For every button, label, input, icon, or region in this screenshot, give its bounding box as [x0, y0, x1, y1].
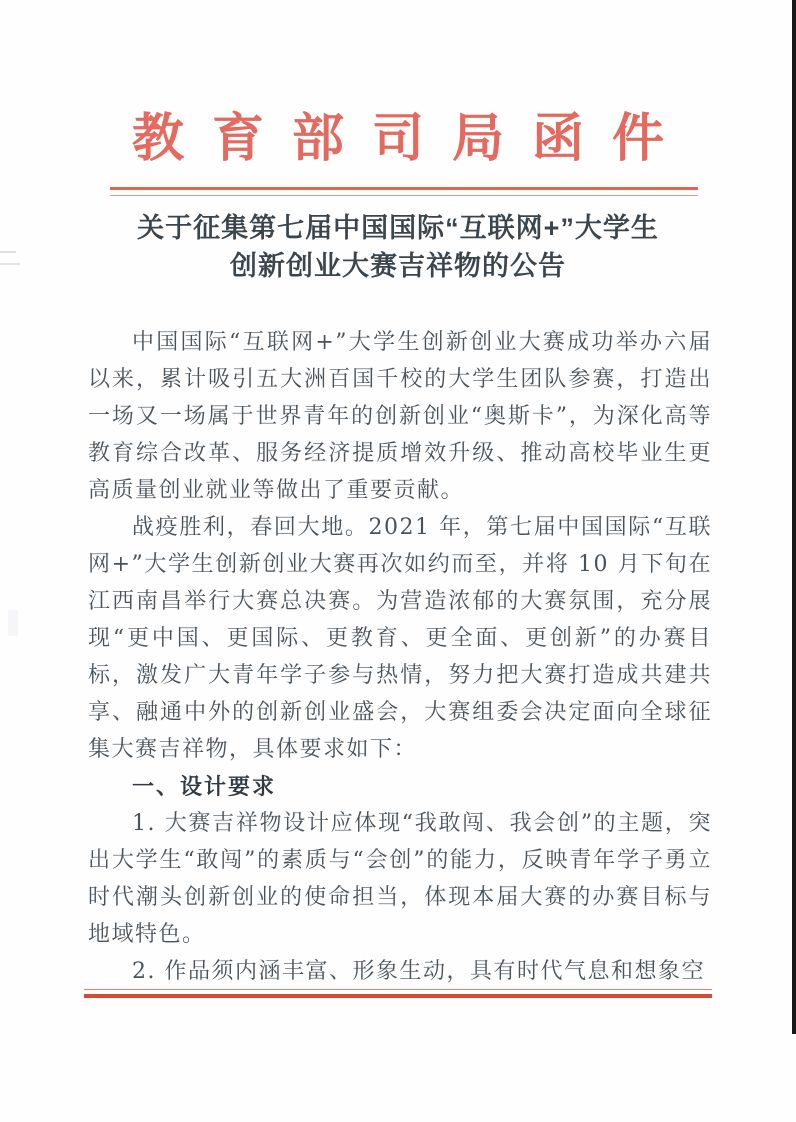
- scanned-document-page: 教育部司局函件 关于征集第七届中国国际“互联网+”大学生 创新创业大赛吉祥物的公…: [0, 0, 796, 1122]
- scan-smudge-artifact: [8, 610, 18, 636]
- document-title-line-2: 创新创业大赛吉祥物的公告: [0, 247, 796, 285]
- footer-double-rule: [84, 989, 712, 998]
- letterhead-masthead: 教育部司局函件: [0, 112, 796, 168]
- scan-smudge-artifact: [0, 263, 20, 265]
- scan-smudge-artifact: [0, 251, 16, 253]
- document-title-line-1: 关于征集第七届中国国际“互联网+”大学生: [0, 209, 796, 247]
- section-heading-design-requirements: 一、设计要求: [88, 768, 712, 805]
- design-requirement-item-1: 1. 大赛吉祥物设计应体现“我敢闯、我会创”的主题，突出大学生“敢闯”的素质与“…: [88, 805, 712, 953]
- paragraph-competition-history: 中国国际“互联网+”大学生创新创业大赛成功举办六届以来，累计吸引五大洲百国千校的…: [88, 324, 712, 509]
- document-body: 中国国际“互联网+”大学生创新创业大赛成功举办六届以来，累计吸引五大洲百国千校的…: [88, 324, 712, 990]
- paragraph-announcement-2021: 战疫胜利，春回大地。2021 年，第七届中国国际“互联网+”大学生创新创业大赛再…: [88, 509, 712, 768]
- scan-edge-artifact: [792, 0, 796, 1034]
- masthead-double-rule: [110, 187, 698, 196]
- document-title: 关于征集第七届中国国际“互联网+”大学生 创新创业大赛吉祥物的公告: [0, 209, 796, 285]
- design-requirement-item-2-truncated: 2. 作品须内涵丰富、形象生动，具有时代气息和想象空: [88, 953, 712, 990]
